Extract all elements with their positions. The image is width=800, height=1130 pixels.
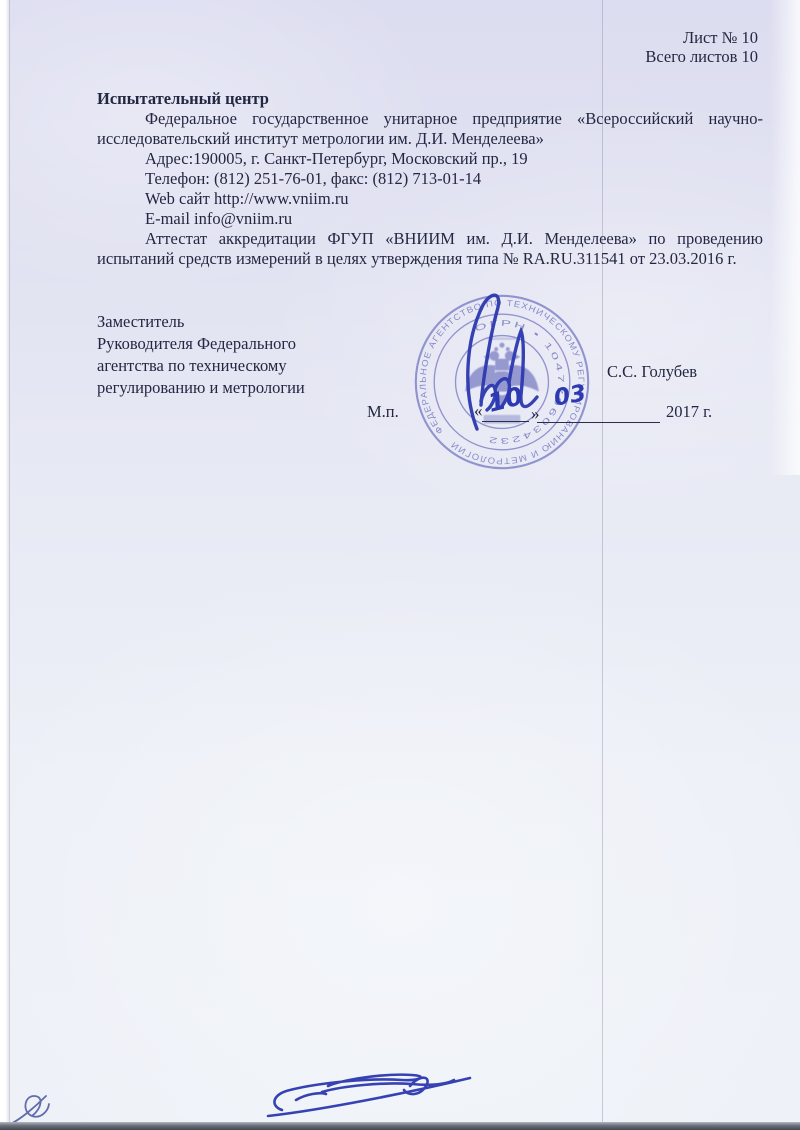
total-sheets: Всего листов 10 <box>645 47 758 66</box>
date-open-quote: « <box>474 401 483 421</box>
signature-ink <box>447 289 562 439</box>
sheet-counter: Лист № 10 Всего листов 10 <box>645 28 758 66</box>
org-name-line-1: Федеральное государственное унитарное пр… <box>97 109 763 129</box>
attestation-line-2: испытаний средств измерений в целях утве… <box>97 249 763 269</box>
org-name-line-2: исследовательский институт метрологии им… <box>97 129 763 149</box>
scan-edge-right-highlight <box>770 0 800 475</box>
website-line: Web сайт http://www.vniim.ru <box>97 189 763 209</box>
date-day-underline <box>482 421 529 422</box>
sheet-number: Лист № 10 <box>645 28 758 47</box>
email-line: E-mail info@vniim.ru <box>97 209 763 229</box>
scanned-document-page: Лист № 10 Всего листов 10 Испытательный … <box>0 0 800 1130</box>
scan-edge-left <box>0 0 9 1130</box>
mp-label: М.п. <box>367 402 399 422</box>
test-center-section: Испытательный центр Федеральное государс… <box>97 89 763 269</box>
signatory-title-block: Заместитель Руководителя Федерального аг… <box>97 311 305 399</box>
signatory-title-line-3: агентства по техническому <box>97 355 305 377</box>
signatory-name: С.С. Голубев <box>607 362 697 382</box>
date-close-quote: » <box>531 404 540 424</box>
bottom-signature <box>262 1070 477 1125</box>
handwritten-month: 03 <box>552 380 588 411</box>
date-month-underline <box>537 422 660 423</box>
signatory-title-line-2: Руководителя Федерального <box>97 333 305 355</box>
attestation-line-1: Аттестат аккредитации ФГУП «ВНИИМ им. Д.… <box>97 229 763 249</box>
scan-edge-bottom <box>0 1122 800 1130</box>
address-line: Адрес:190005, г. Санкт-Петербург, Москов… <box>97 149 763 169</box>
year-label: 2017 г. <box>666 402 712 422</box>
section-heading: Испытательный центр <box>97 89 763 109</box>
signatory-title-line-1: Заместитель <box>97 311 305 333</box>
phone-line: Телефон: (812) 251-76-01, факс: (812) 71… <box>97 169 763 189</box>
signatory-title-line-4: регулированию и метрологии <box>97 377 305 399</box>
